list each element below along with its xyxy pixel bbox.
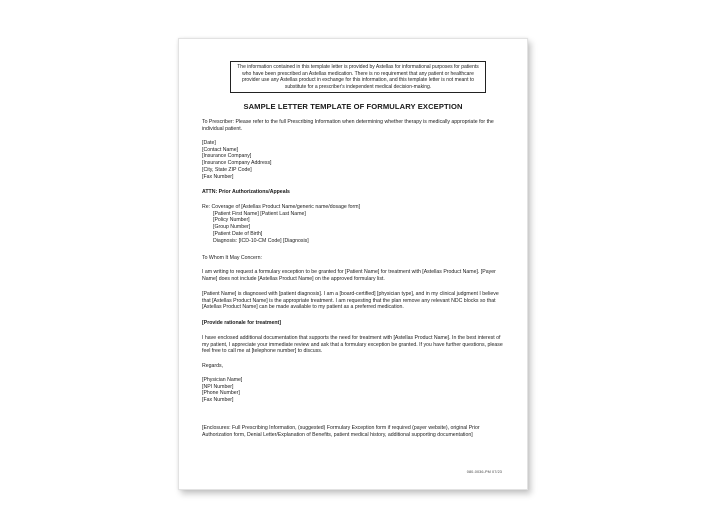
paragraph-request: I am writing to request a formulary exce… <box>202 269 507 282</box>
signature-line: [NPI Number] <box>202 384 507 391</box>
paragraph-2-text: [Patient Name] is diagnosed with [patien… <box>202 291 507 311</box>
address-line: [Contact Name] <box>202 147 507 154</box>
prescriber-note-text: To Prescriber: Please refer to the full … <box>202 119 507 132</box>
address-block: [Date] [Contact Name] [Insurance Company… <box>202 140 507 180</box>
address-line: [City, State ZIP Code] <box>202 167 507 174</box>
enclosures: [Enclosures: Full Prescribing Informatio… <box>202 425 507 438</box>
paragraph-diagnosis: [Patient Name] is diagnosed with [patien… <box>202 291 507 311</box>
re-detail: [Patient First Name] [Patient Last Name] <box>202 211 507 218</box>
address-line: [Fax Number] <box>202 174 507 181</box>
re-detail: [Policy Number] <box>202 217 507 224</box>
salutation: To Whom It May Concern: <box>202 255 507 262</box>
document-title: SAMPLE LETTER TEMPLATE OF FORMULARY EXCE… <box>179 102 527 111</box>
address-line: [Insurance Company Address] <box>202 160 507 167</box>
letter-page: The information contained in this templa… <box>178 38 528 490</box>
address-line: [Insurance Company] <box>202 153 507 160</box>
rationale-heading: [Provide rationale for treatment] <box>202 320 507 327</box>
signature-line: [Physician Name] <box>202 377 507 384</box>
paragraph-1-text: I am writing to request a formulary exce… <box>202 269 507 282</box>
enclosures-text: [Enclosures: Full Prescribing Informatio… <box>202 425 507 438</box>
signature-line: [Phone Number] <box>202 390 507 397</box>
paragraph-enclosed: I have enclosed additional documentation… <box>202 335 507 355</box>
signature-line: [Fax Number] <box>202 397 507 404</box>
closing-text: Regards, <box>202 363 507 370</box>
disclaimer-box: The information contained in this templa… <box>230 61 486 93</box>
footer-code: 080-0036-PM 07/23 <box>467 470 502 474</box>
salutation-text: To Whom It May Concern: <box>202 255 507 262</box>
prescriber-note: To Prescriber: Please refer to the full … <box>202 119 507 132</box>
address-line: [Date] <box>202 140 507 147</box>
attn-text: ATTN: Prior Authorizations/Appeals <box>202 189 507 196</box>
signature-block: [Physician Name] [NPI Number] [Phone Num… <box>202 377 507 404</box>
re-line: Re: Coverage of [Astellas Product Name/g… <box>202 204 507 211</box>
attn-line: ATTN: Prior Authorizations/Appeals <box>202 189 507 196</box>
re-block: Re: Coverage of [Astellas Product Name/g… <box>202 204 507 244</box>
re-detail: Diagnosis: [ICD-10-CM Code] [Diagnosis] <box>202 238 507 245</box>
rationale-heading-text: [Provide rationale for treatment] <box>202 320 507 327</box>
closing: Regards, <box>202 363 507 370</box>
re-detail: [Group Number] <box>202 224 507 231</box>
paragraph-3-text: I have enclosed additional documentation… <box>202 335 507 355</box>
re-detail: [Patient Date of Birth] <box>202 231 507 238</box>
